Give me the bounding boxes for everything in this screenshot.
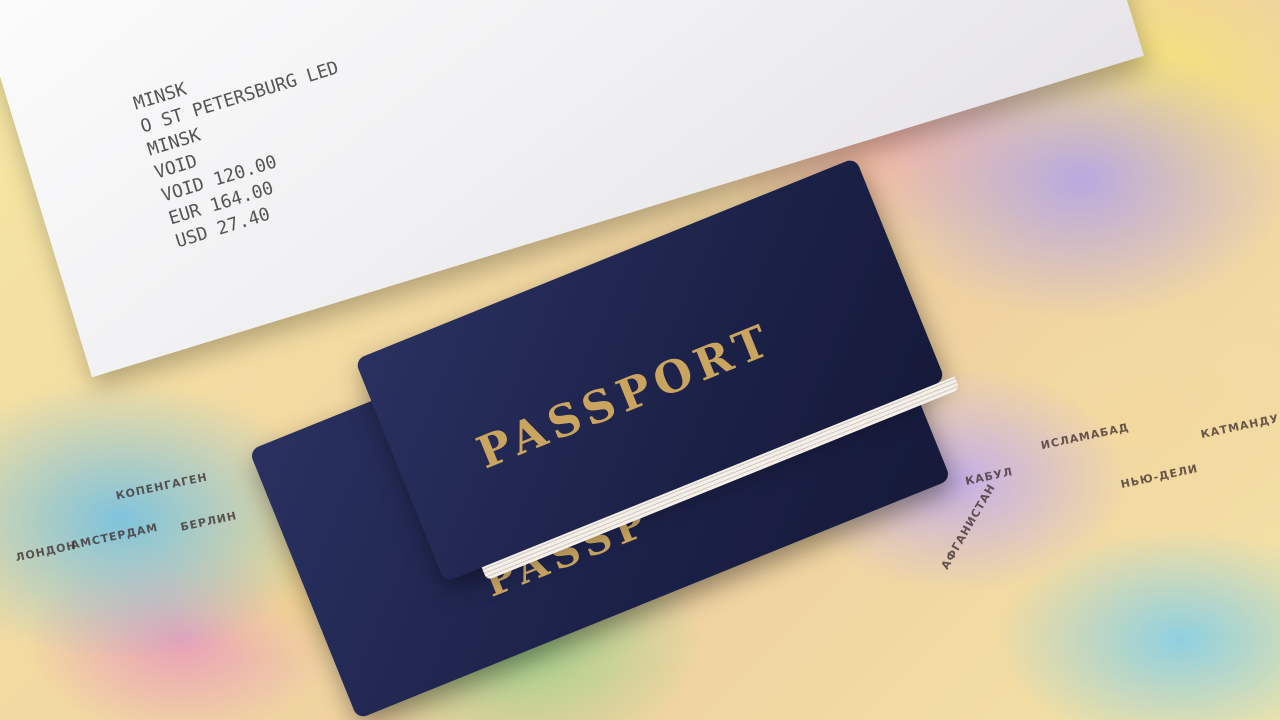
map-label: ИСЛАМАБАД [1040, 421, 1131, 452]
map-label: ЛОНДОН [14, 539, 77, 565]
photo-scene: АМСТЕРДАМ БЕРЛИН КОПЕНГАГЕН ВАРШАВА ЛОНД… [0, 0, 1280, 720]
map-label: БЕРЛИН [179, 509, 238, 534]
map-label: КОПЕНГАГЕН [115, 470, 209, 502]
map-label: АФГАНИСТАН [939, 481, 999, 571]
passport-title: PASSPORT [470, 314, 781, 479]
map-label: АМСТЕРДАМ [70, 521, 160, 552]
map-label: КАТМАНДУ [1200, 412, 1280, 441]
map-label: НЬЮ-ДЕЛИ [1120, 462, 1200, 491]
